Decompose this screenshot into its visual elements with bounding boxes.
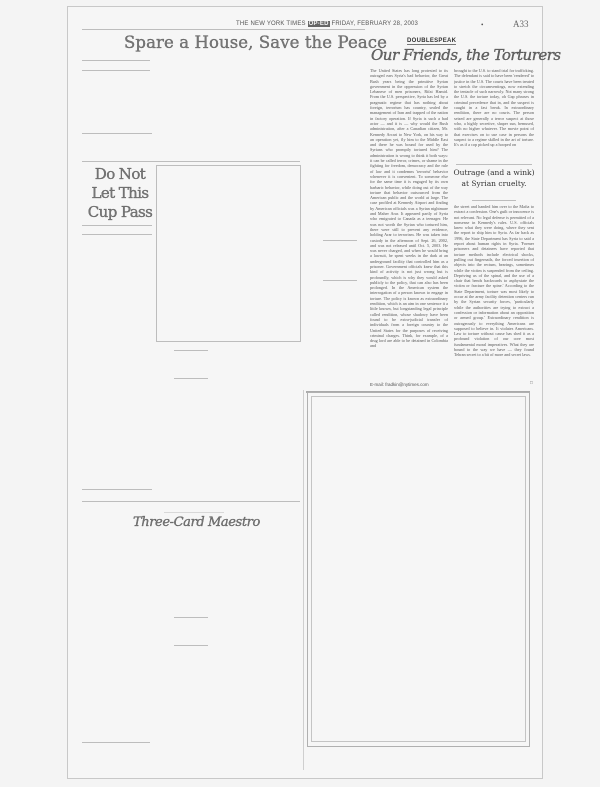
folio-section: OP-ED <box>308 21 330 27</box>
page-number: A33 <box>513 19 529 29</box>
image-placeholder-frame <box>307 392 530 747</box>
end-mark: □ <box>530 380 533 385</box>
section-divider <box>82 161 300 162</box>
column-rule <box>82 742 150 743</box>
pull-quote-rule <box>472 200 516 201</box>
author-email: E-mail: fradkin@nytimes.com <box>370 382 429 387</box>
image-placeholder <box>311 396 526 742</box>
pull-quote: Outrage (and a wink) at Syrian cruelty. <box>453 167 535 189</box>
byline-rule <box>82 225 152 226</box>
byline-rule <box>174 645 208 646</box>
article-body-column-3: the street and handed him over to the Ma… <box>454 204 534 384</box>
headline-spare-a-house: Spare a House, Save the Peace <box>124 33 387 52</box>
headline-our-friends-the-torturers: Our Friends, the Torturers <box>371 46 561 64</box>
kicker-doublespeak: DOUBLESPEAK <box>407 38 456 45</box>
illustration-placeholder <box>156 165 301 342</box>
headline-three-card-maestro: Three-Card Maestro <box>133 515 260 530</box>
column-rule <box>82 489 152 490</box>
folio-bullet: • <box>481 21 483 29</box>
headline-do-not-let-this-cup-pass: Do Not Let This Cup Pass <box>84 165 156 222</box>
kicker-rule <box>164 512 224 513</box>
byline-rule <box>82 60 150 61</box>
byline-rule <box>323 240 357 241</box>
byline-rule <box>323 280 357 281</box>
masthead-rule <box>82 29 365 30</box>
byline-rule <box>82 70 150 71</box>
section-divider <box>82 501 300 502</box>
byline-rule <box>174 617 208 618</box>
article-body-column-2: brought to the U.S. to stand trial for t… <box>454 68 534 164</box>
pull-quote-rule <box>456 164 532 165</box>
column-rule <box>82 133 152 134</box>
folio-publication: THE NEW YORK TIMES <box>236 21 306 27</box>
byline-rule <box>82 234 152 235</box>
article-body-column-1: The United States has long protested to … <box>370 68 448 368</box>
folio-date: FRIDAY, FEBRUARY 28, 2003 <box>332 21 419 27</box>
column-divider <box>303 390 304 770</box>
byline-rule <box>174 378 208 379</box>
folio-line: THE NEW YORK TIMES OP-ED FRIDAY, FEBRUAR… <box>236 21 418 27</box>
byline-rule <box>174 350 208 351</box>
